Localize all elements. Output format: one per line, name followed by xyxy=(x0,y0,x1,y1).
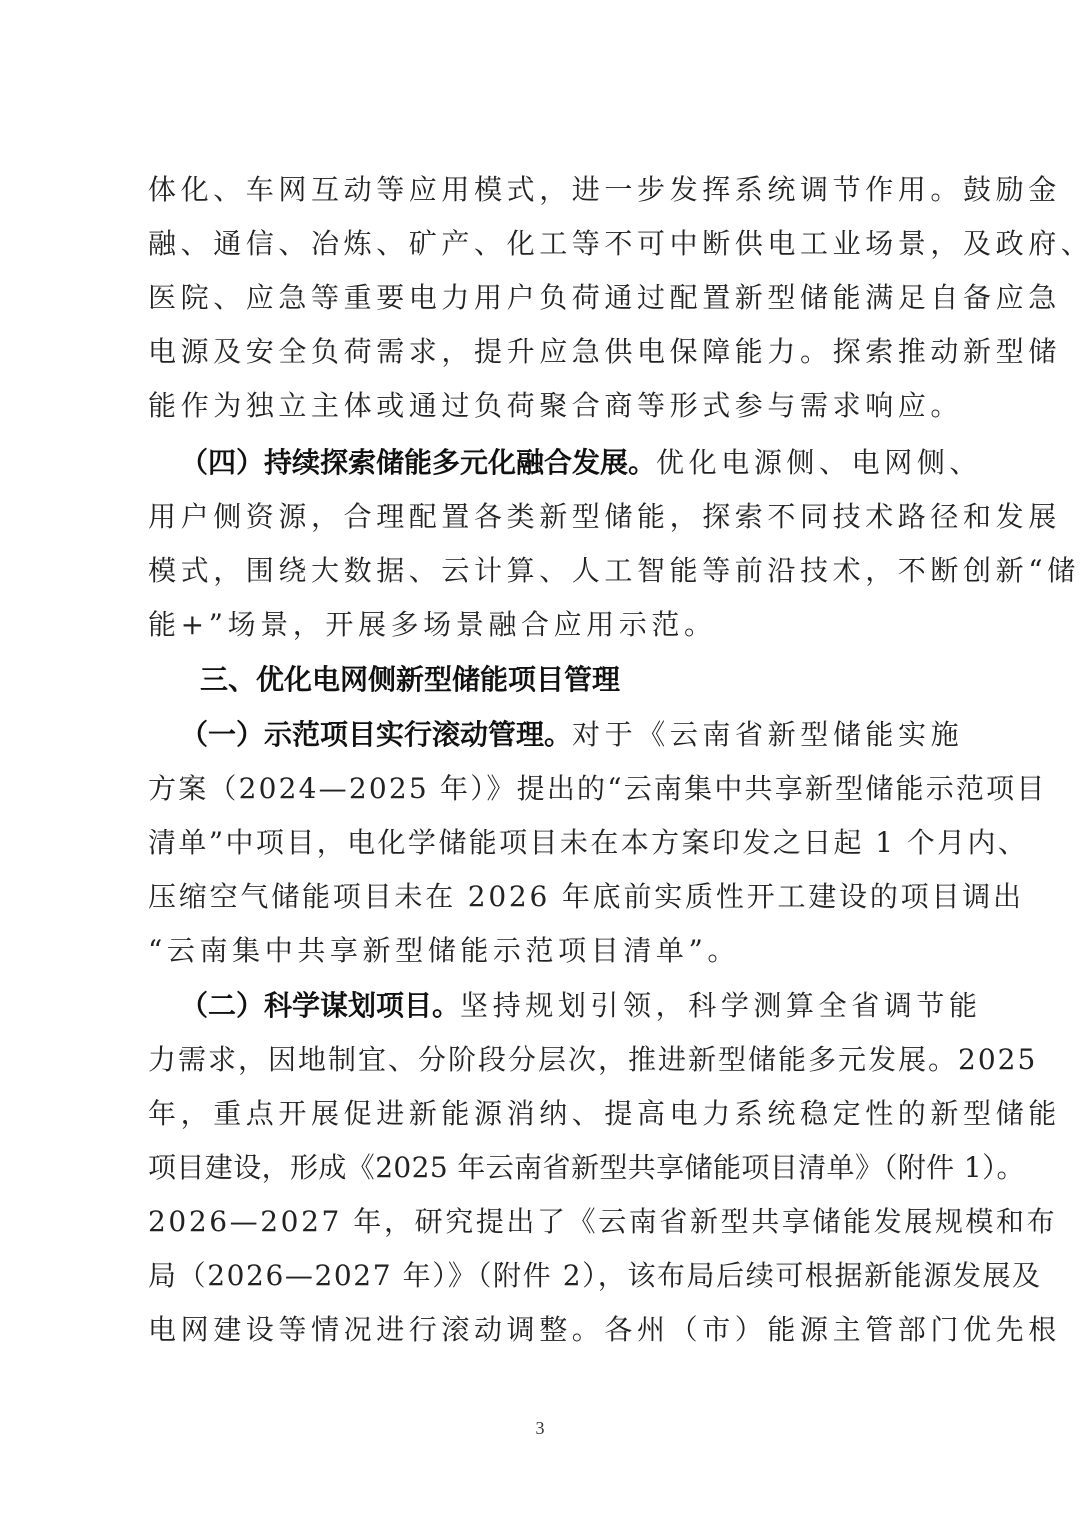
section-lead-bold: （二）科学谋划项目。 xyxy=(180,989,460,1022)
page-number: 3 xyxy=(0,1418,1080,1439)
section-lead-bold: （四）持续探索储能多元化融合发展。 xyxy=(180,446,656,479)
text-line: “云南集中共享新型储能示范项目清单”。 xyxy=(148,933,938,969)
text-run: 对于《云南省新型储能实施 xyxy=(572,718,963,751)
text-run: 优化电源侧、电网侧、 xyxy=(656,446,982,479)
document-page: 体化、车网互动等应用模式，进一步发挥系统调节作用。鼓励金 融、通信、冶炼、矿产、… xyxy=(0,0,1080,1527)
paragraph-first-line: （二）科学谋划项目。坚持规划引领，科学测算全省调节能 xyxy=(180,988,938,1024)
paragraph-first-line: （四）持续探索储能多元化融合发展。优化电源侧、电网侧、 xyxy=(180,445,938,481)
text-line: 电源及安全负荷需求，提升应急供电保障能力。探索推动新型储 xyxy=(148,334,938,370)
text-line: 能+”场景，开展多场景融合应用示范。 xyxy=(148,607,938,643)
paragraph-first-line: （一）示范项目实行滚动管理。对于《云南省新型储能实施 xyxy=(180,717,938,753)
text-line: 模式，围绕大数据、云计算、人工智能等前沿技术，不断创新“储 xyxy=(148,553,938,589)
text-line: 压缩空气储能项目未在 2026 年底前实质性开工建设的项目调出 xyxy=(148,879,938,915)
text-line: 医院、应急等重要电力用户负荷通过配置新型储能满足自备应急 xyxy=(148,280,938,316)
text-line: 2026—2027 年，研究提出了《云南省新型共享储能发展规模和布 xyxy=(148,1204,938,1240)
text-run: 坚持规划引领，科学测算全省调节能 xyxy=(460,989,982,1022)
text-line: 清单”中项目，电化学储能项目未在本方案印发之日起 1 个月内、 xyxy=(148,825,938,861)
text-line: 用户侧资源，合理配置各类新型储能，探索不同技术路径和发展 xyxy=(148,499,938,535)
text-line: 能作为独立主体或通过负荷聚合商等形式参与需求响应。 xyxy=(148,388,938,424)
text-line: 方案（2024—2025 年）》提出的“云南集中共享新型储能示范项目 xyxy=(148,771,938,807)
section-heading: 三、优化电网侧新型储能项目管理 xyxy=(200,662,990,698)
section-lead-bold: （一）示范项目实行滚动管理。 xyxy=(180,718,572,751)
text-line: 体化、车网互动等应用模式，进一步发挥系统调节作用。鼓励金 xyxy=(148,172,938,208)
text-line: 年，重点开展促进新能源消纳、提高电力系统稳定性的新型储能 xyxy=(148,1096,938,1132)
text-line: 项目建设，形成《2025 年云南省新型共享储能项目清单》（附件 1）。 xyxy=(148,1150,938,1186)
text-line: 融、通信、冶炼、矿产、化工等不可中断供电工业场景，及政府、 xyxy=(148,226,938,262)
text-line: 力需求，因地制宜、分阶段分层次，推进新型储能多元发展。2025 xyxy=(148,1042,938,1078)
text-line: 电网建设等情况进行滚动调整。各州（市）能源主管部门优先根 xyxy=(148,1312,938,1348)
text-line: 局（2026—2027 年）》（附件 2），该布局后续可根据新能源发展及 xyxy=(148,1258,938,1294)
